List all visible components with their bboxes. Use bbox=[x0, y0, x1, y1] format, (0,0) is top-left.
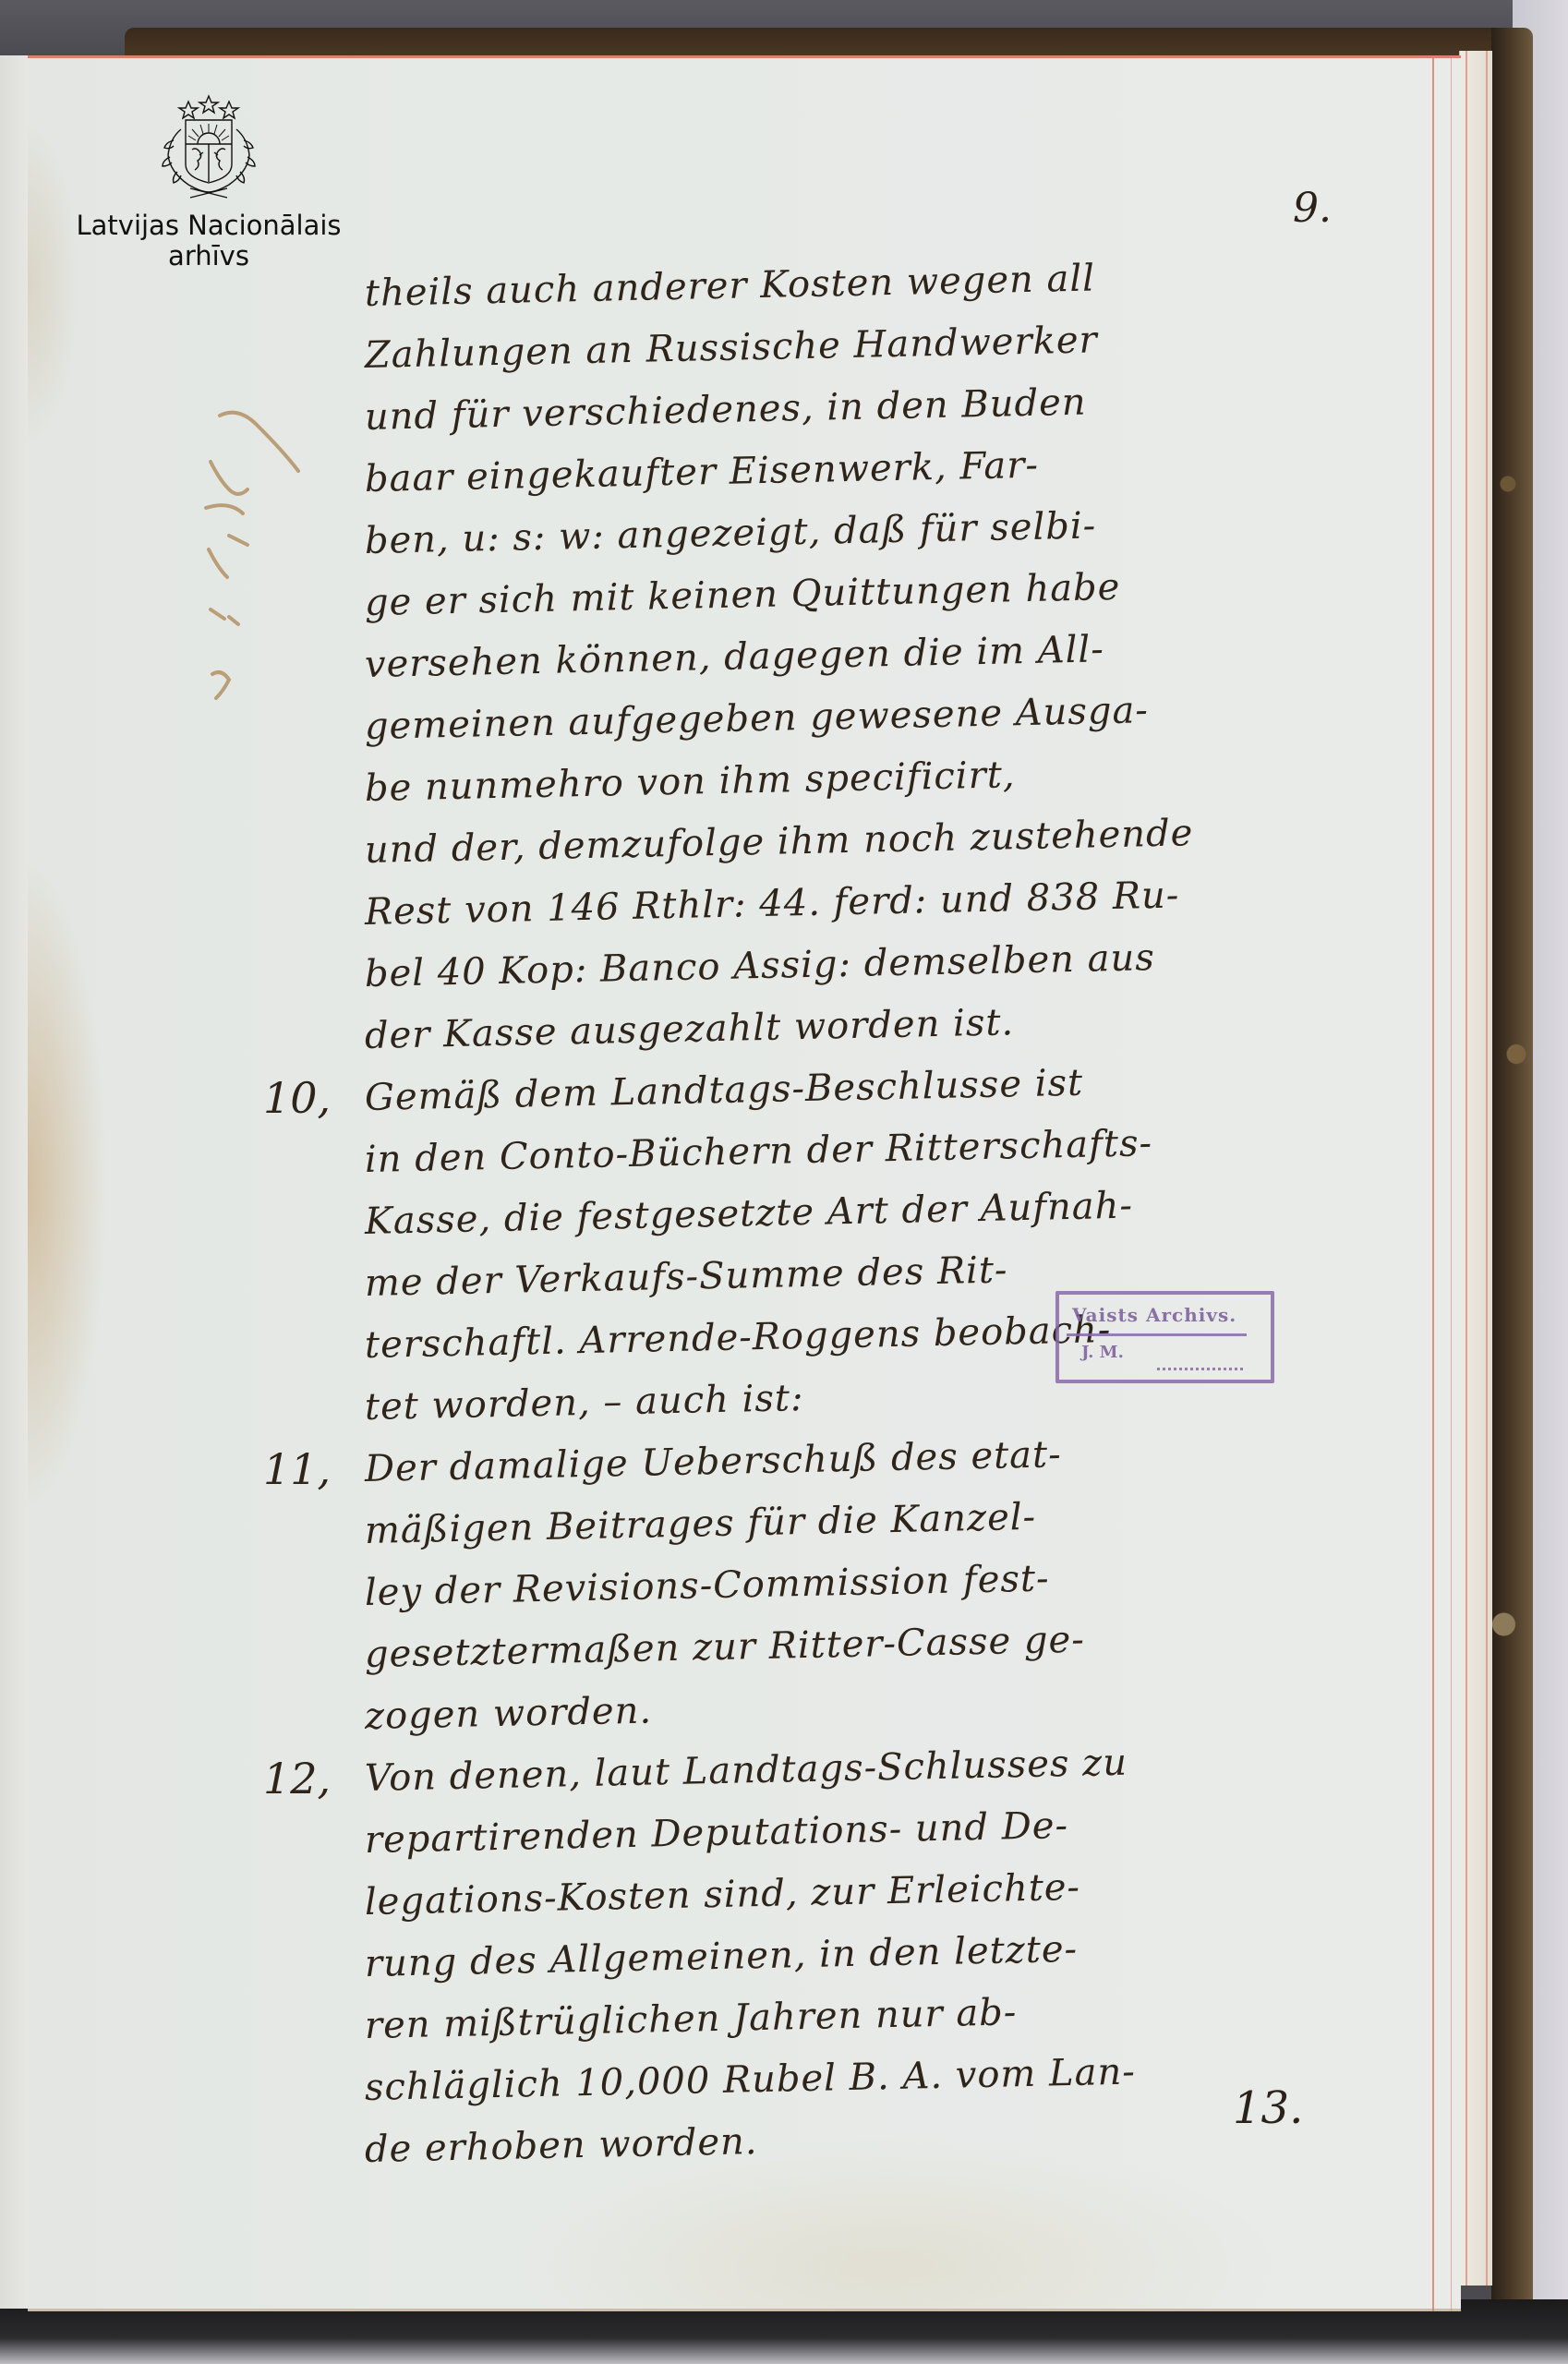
latvia-coat-of-arms-icon bbox=[153, 92, 264, 201]
page-stack-edge bbox=[1459, 51, 1492, 2286]
facing-page-edge bbox=[0, 55, 30, 2309]
section-number: 10, bbox=[263, 1067, 331, 1129]
stamp-signature-line bbox=[1157, 1368, 1243, 1370]
section-12: 12, Von denen, laut Landtags-Schlusses z… bbox=[365, 1748, 1381, 2181]
archive-name-line-1: Latvijas Nacionālais bbox=[70, 211, 347, 241]
stamp-divider bbox=[1067, 1333, 1247, 1336]
folio-number: 9. bbox=[1293, 185, 1332, 232]
section-number: 12, bbox=[263, 1748, 331, 1810]
red-margin-rules bbox=[1432, 58, 1452, 2311]
section-11: 11, Der damalige Ueberschuß des etat- mä… bbox=[365, 1439, 1381, 1748]
stamp-title: Vaists Archivs. bbox=[1059, 1295, 1271, 1326]
manuscript-body: theils auch anderer Kosten wegen all Zah… bbox=[365, 263, 1381, 2181]
archive-watermark: Latvijas Nacionālais arhīvs bbox=[70, 92, 347, 271]
archive-stamp: Vaists Archivs. J. M. bbox=[1055, 1291, 1274, 1383]
book-binding-right bbox=[1491, 28, 1533, 2309]
catchword-next-section: 13. bbox=[1233, 2082, 1303, 2134]
stamp-signature-label: J. M. bbox=[1059, 1326, 1271, 1362]
section-number: 11, bbox=[263, 1439, 331, 1501]
faded-margin-annotation bbox=[201, 397, 312, 730]
continuation-paragraph: theils auch anderer Kosten wegen all Zah… bbox=[365, 263, 1381, 1067]
archive-name: Latvijas Nacionālais arhīvs bbox=[70, 211, 347, 271]
archive-name-line-2: arhīvs bbox=[70, 241, 347, 271]
